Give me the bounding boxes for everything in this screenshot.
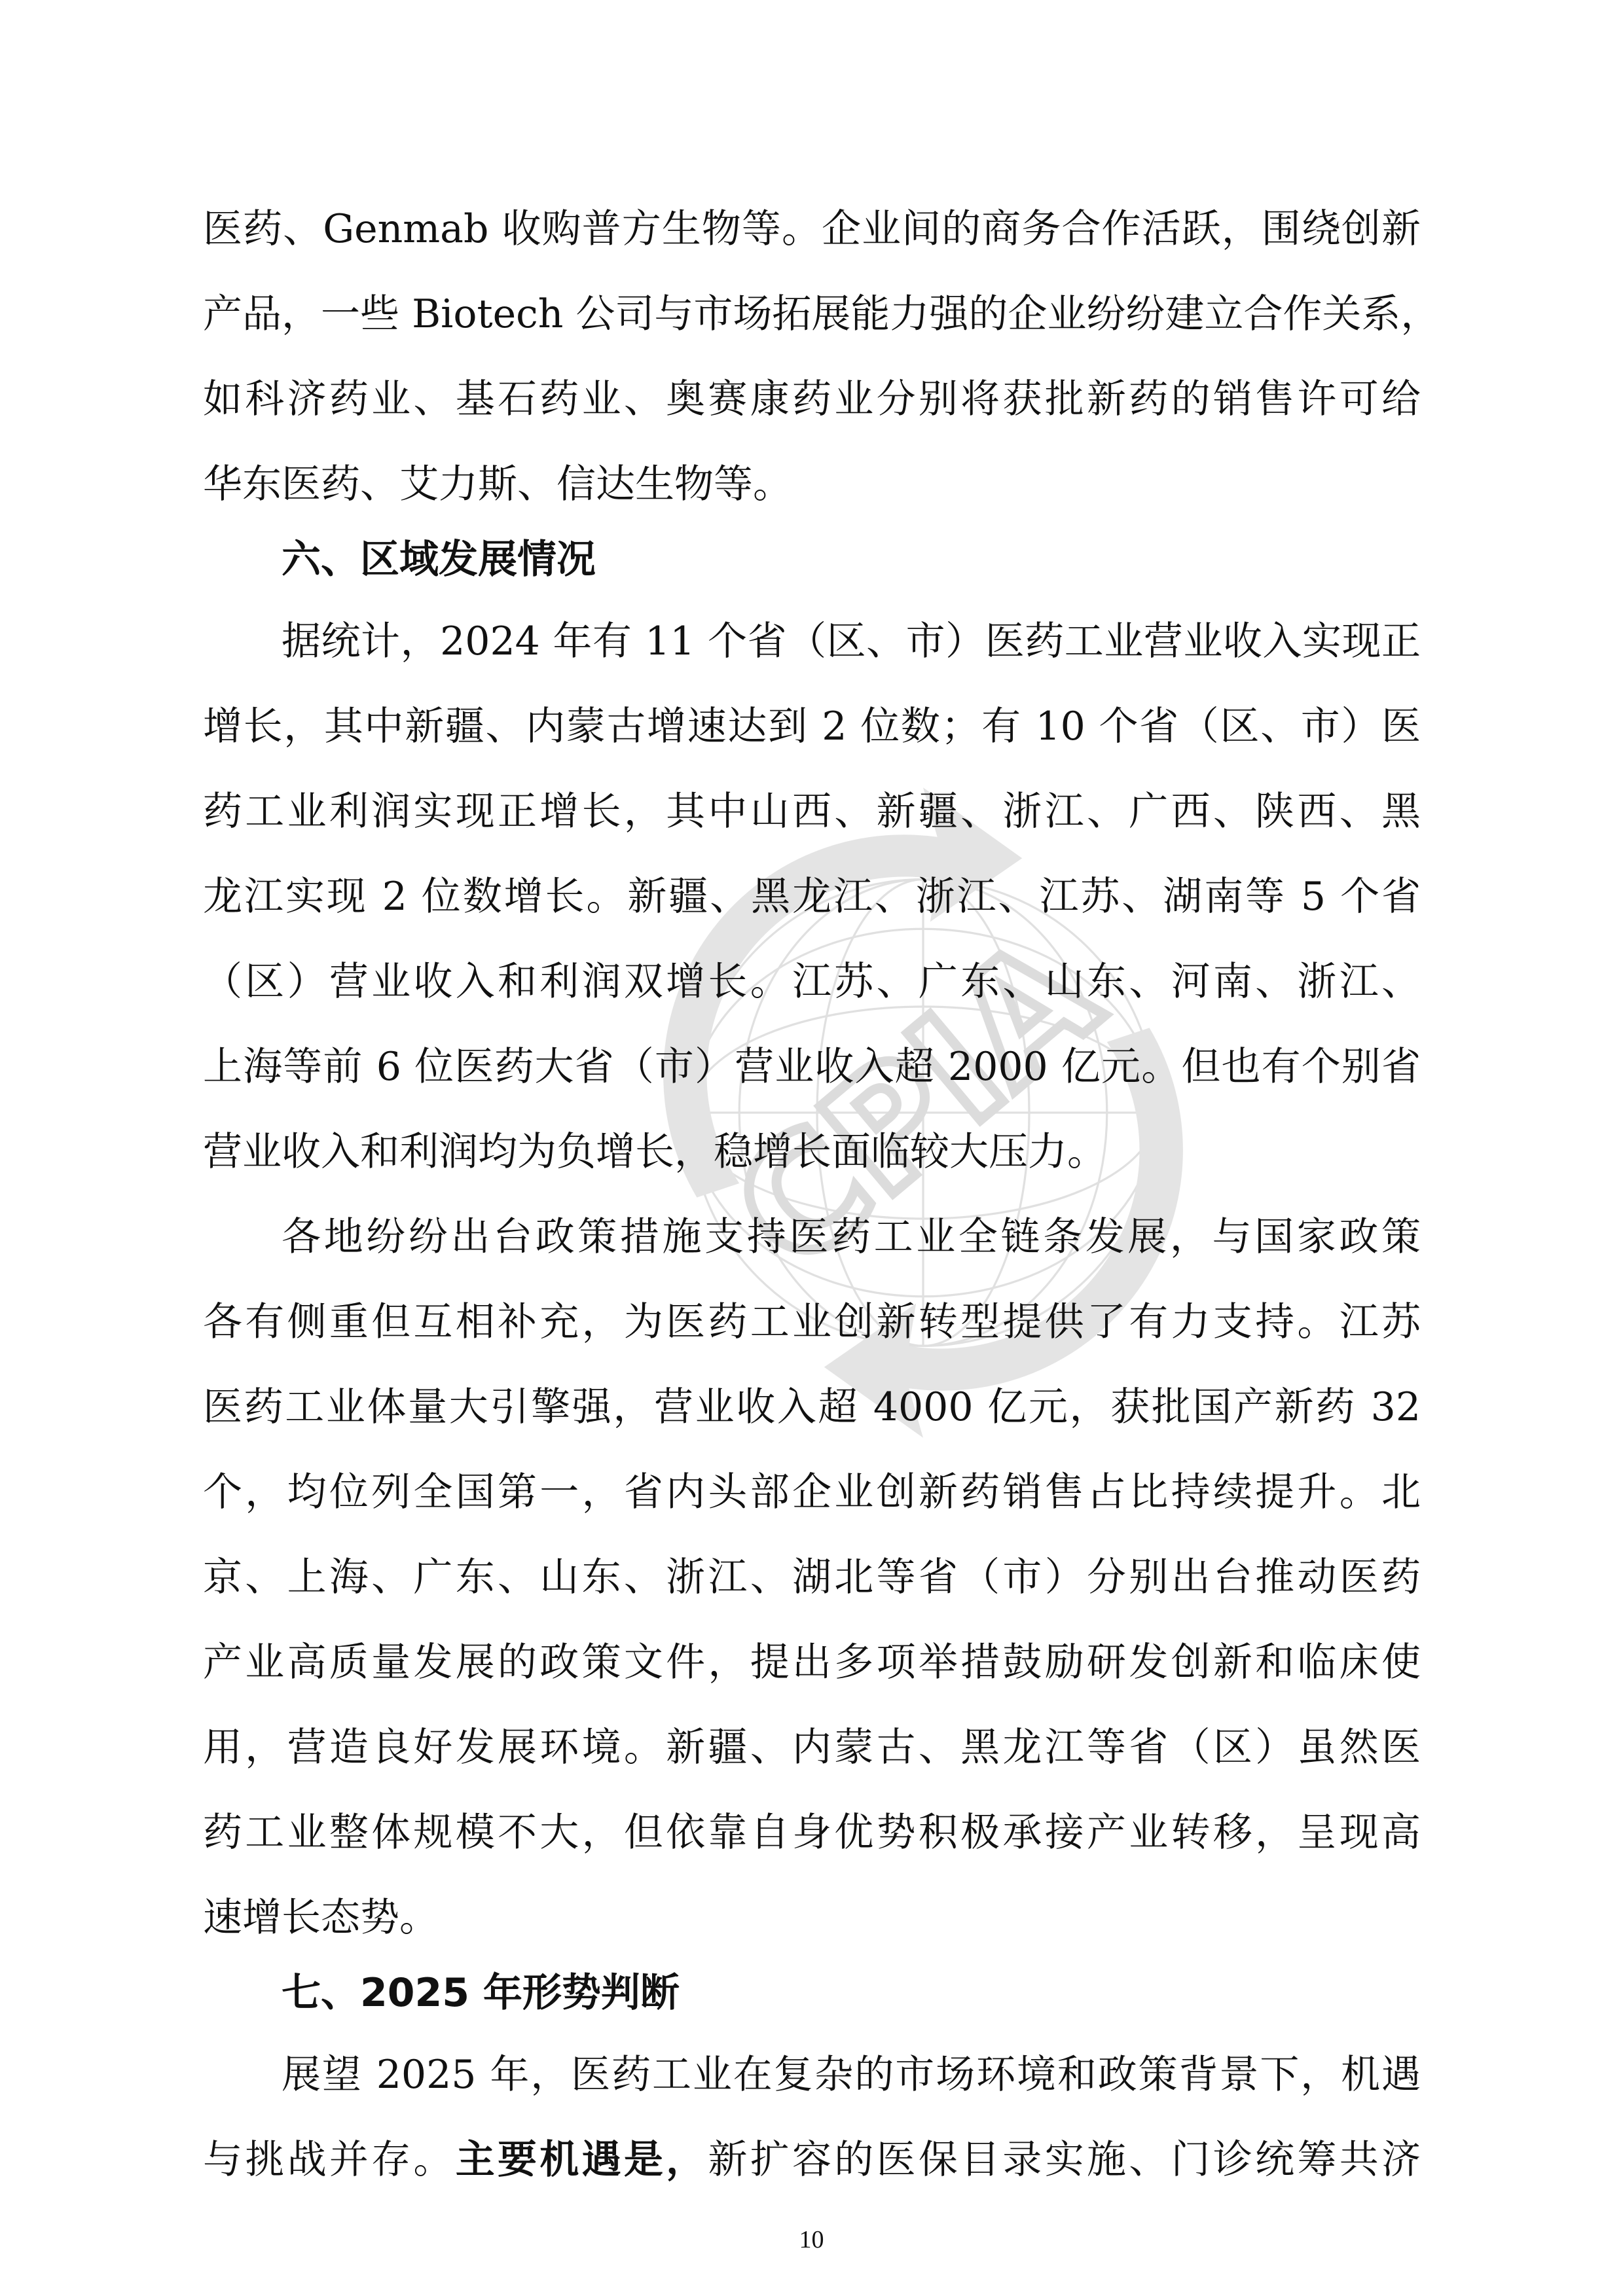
page-number: 10 xyxy=(0,2225,1623,2254)
bold-emphasis-main-opportunities: 主要机遇是， xyxy=(456,2137,708,2183)
body-text-line: 华东医药、艾力斯、信达生物等。 xyxy=(203,452,1421,517)
body-text-line: 据统计，2024 年有 11 个省（区、市）医药工业营业收入实现正 xyxy=(282,609,1421,674)
body-text-line: 产业高质量发展的政策文件，提出多项举措鼓励研发创新和临床使 xyxy=(203,1630,1421,1695)
text-segment: 新扩容的医保目录实施、门诊统筹共济 xyxy=(708,2137,1421,2183)
body-text-line: 京、上海、广东、山东、浙江、湖北等省（市）分别出台推动医药 xyxy=(203,1545,1421,1610)
body-text-line: 增长，其中新疆、内蒙古增速达到 2 位数；有 10 个省（区、市）医 xyxy=(203,694,1421,759)
body-text-line: （区）营业收入和利润双增长。江苏、广东、山东、河南、浙江、 xyxy=(203,949,1421,1014)
text-segment: 与挑战并存。 xyxy=(203,2137,456,2183)
body-text-line: 医药工业体量大引擎强，营业收入超 4000 亿元，获批国产新药 32 xyxy=(203,1374,1421,1440)
body-text-line: 营业收入和利润均为负增长，稳增长面临较大压力。 xyxy=(203,1119,1421,1185)
body-text-line: 速增长态势。 xyxy=(203,1885,1421,1950)
body-text-line: 如科济药业、基石药业、奥赛康药业分别将获批新药的销售许可给 xyxy=(203,367,1421,432)
body-text-line: 各地纷纷出台政策措施支持医药工业全链条发展，与国家政策 xyxy=(282,1204,1421,1270)
body-text-line: 用，营造良好发展环境。新疆、内蒙古、黑龙江等省（区）虽然医 xyxy=(203,1715,1421,1780)
section-heading-2025-outlook: 七、2025 年形势判断 xyxy=(282,1960,680,2026)
body-text-line: 个，均位列全国第一，省内头部企业创新药销售占比持续提升。北 xyxy=(203,1460,1421,1525)
body-text-line: 展望 2025 年，医药工业在复杂的市场环境和政策背景下，机遇 xyxy=(282,2042,1421,2108)
body-text-line: 各有侧重但互相补充，为医药工业创新转型提供了有力支持。江苏 xyxy=(203,1289,1421,1355)
body-text-line: 与挑战并存。主要机遇是，新扩容的医保目录实施、门诊统筹共济 xyxy=(203,2127,1421,2193)
body-text-line: 药工业整体规模不大，但依靠自身优势积极承接产业转移，呈现高 xyxy=(203,1800,1421,1865)
body-text-line: 上海等前 6 位医药大省（市）营业收入超 2000 亿元。但也有个别省 xyxy=(203,1034,1421,1100)
body-text-line: 医药、Genmab 收购普方生物等。企业间的商务合作活跃，围绕创新 xyxy=(203,196,1421,262)
body-text-line: 药工业利润实现正增长，其中山西、新疆、浙江、广西、陕西、黑 xyxy=(203,779,1421,844)
body-text-line: 产品，一些 Biotech 公司与市场拓展能力强的企业纷纷建立合作关系， xyxy=(203,281,1421,347)
body-text-line: 龙江实现 2 位数增长。新疆、黑龙江、浙江、江苏、湖南等 5 个省 xyxy=(203,864,1421,929)
section-heading-regional-development: 六、区域发展情况 xyxy=(282,527,596,592)
